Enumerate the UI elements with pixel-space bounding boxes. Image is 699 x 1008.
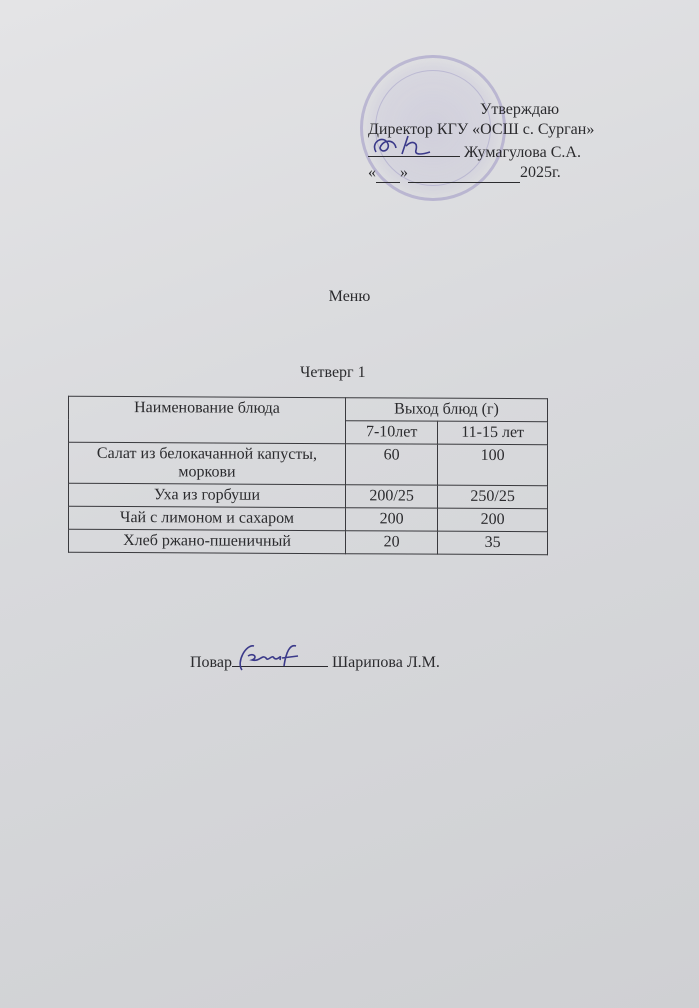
table-row: Чай с лимоном и сахаром 200 200 <box>69 506 548 532</box>
portion-7-10: 20 <box>346 531 438 554</box>
portion-7-10: 200 <box>346 508 438 531</box>
approval-signer: Жумагулова С.А. <box>464 143 581 163</box>
portion-11-15: 100 <box>438 444 548 486</box>
menu-table: Наименование блюда Выход блюд (г) 7-10ле… <box>68 396 548 556</box>
portion-11-15: 250/25 <box>438 485 548 509</box>
dish-name: Уха из горбуши <box>69 483 346 507</box>
header-age-11-15: 11-15 лет <box>438 421 548 445</box>
approval-date: « » 2025г. <box>368 163 594 183</box>
approval-heading: Утверждаю <box>368 100 594 120</box>
dish-name: Салат из белокачанной капусты, моркови <box>69 442 346 484</box>
header-dish: Наименование блюда <box>69 396 346 443</box>
header-output: Выход блюд (г) <box>346 398 548 422</box>
approval-signature-line: Жумагулова С.А. <box>368 140 594 163</box>
director-signature <box>368 140 460 163</box>
portion-7-10: 200/25 <box>346 485 438 508</box>
table-row: Салат из белокачанной капусты, моркови 6… <box>69 442 548 486</box>
cook-name: Шарипова Л.М. <box>332 654 440 672</box>
cook-signature-block: Повар Шарипова Л.М. <box>190 650 440 672</box>
approval-block: Утверждаю Директор КГУ «ОСШ с. Сурган» Ж… <box>368 100 594 183</box>
table-header-row: Наименование блюда Выход блюд (г) <box>69 396 548 422</box>
dish-name: Хлеб ржано-пшеничный <box>69 529 346 553</box>
portion-11-15: 200 <box>438 508 548 532</box>
table-row: Хлеб ржано-пшеничный 20 35 <box>69 529 548 555</box>
menu-day: Четверг 1 <box>300 364 366 382</box>
approval-year: 2025г. <box>520 163 561 183</box>
cook-signature <box>232 650 328 672</box>
signature-icon <box>232 640 302 674</box>
signature-icon <box>368 130 438 160</box>
portion-7-10: 60 <box>346 444 438 485</box>
table-row: Уха из горбуши 200/25 250/25 <box>69 483 548 509</box>
cook-label: Повар <box>190 654 232 672</box>
portion-11-15: 35 <box>438 531 548 555</box>
document-title: Меню <box>0 288 699 306</box>
header-age-7-10: 7-10лет <box>346 421 438 444</box>
dish-name: Чай с лимоном и сахаром <box>69 506 346 530</box>
